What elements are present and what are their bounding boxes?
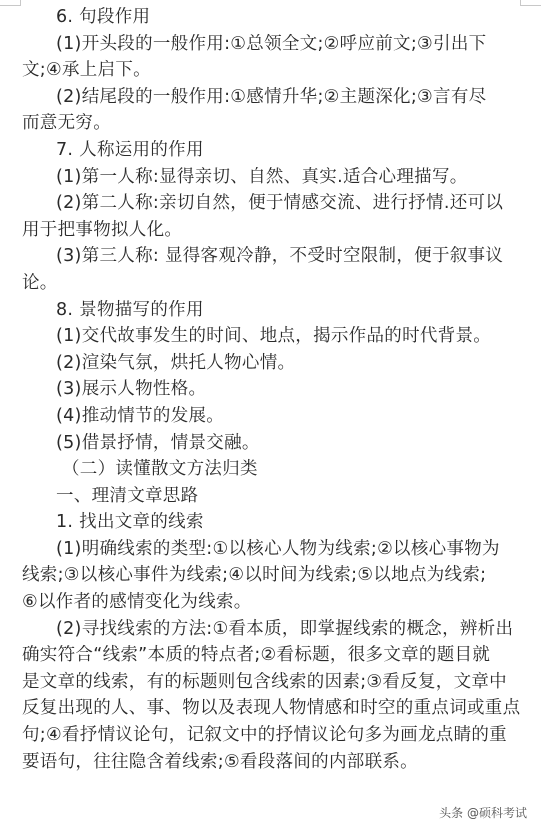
paragraph-line: (2)寻找线索的方法:①看本质，即掌握线索的概念，辨析出 <box>22 616 502 643</box>
paragraph-line: (1)第一人称:显得亲切、自然、真实.适合心理描写。 <box>22 164 502 191</box>
paragraph-line: (2)第二人称:亲切自然，便于情感交流、进行抒情.还可以 <box>22 190 502 217</box>
paragraph-line: 线索;③以核心事件为线索;④以时间为线索;⑤以地点为线索; <box>22 562 502 589</box>
list-item: (1)交代故事发生的时间、地点，揭示作品的时代背景。 <box>22 323 502 350</box>
document-body: 6. 句段作用 (1)开头段的一般作用:①总领全文;②呼应前文;③引出下 文;④… <box>22 4 502 775</box>
section-heading-6: 6. 句段作用 <box>22 4 502 31</box>
subheading: 一、理清文章思路 <box>22 483 502 510</box>
paragraph-line: (1)明确线索的类型:①以核心人物为线索;②以核心事物为 <box>22 536 502 563</box>
paragraph-line: 反复出现的人、事、物以及表现人物情感和时空的重点词或重点 <box>22 695 502 722</box>
section-heading-7: 7. 人称运用的作用 <box>22 137 502 164</box>
part-two-heading: （二）读懂散文方法归类 <box>22 456 502 483</box>
corner-crop-mark-right <box>520 0 541 6</box>
watermark: 头条 @硕科考试 <box>439 804 527 821</box>
paragraph-line: 是文章的线索，有的标题则包含线索的因素;③看反复，文章中 <box>22 669 502 696</box>
list-item: (5)借景抒情，情景交融。 <box>22 430 502 457</box>
point-heading: 1. 找出文章的线索 <box>22 509 502 536</box>
paragraph-line: 而意无穷。 <box>22 110 502 137</box>
list-item: (4)推动情节的发展。 <box>22 403 502 430</box>
section-heading-8: 8. 景物描写的作用 <box>22 297 502 324</box>
paragraph-line: 用于把事物拟人化。 <box>22 217 502 244</box>
paragraph-line: 论。 <box>22 270 502 297</box>
list-item: (2)渲染气氛，烘托人物心情。 <box>22 350 502 377</box>
paragraph-line: (2)结尾段的一般作用:①感情升华;②主题深化;③言有尽 <box>22 84 502 111</box>
paragraph-line: 确实符合“线索”本质的特点者;②看标题，很多文章的题目就 <box>22 642 502 669</box>
paragraph-line: 要语句，往往隐含着线索;⑤看段落间的内部联系。 <box>22 749 502 776</box>
list-item: (3)展示人物性格。 <box>22 376 502 403</box>
paragraph-line: (3)第三人称: 显得客观冷静，不受时空限制，便于叙事议 <box>22 243 502 270</box>
paragraph-line: ⑥以作者的感情变化为线索。 <box>22 589 502 616</box>
paragraph-line: 文;④承上启下。 <box>22 57 502 84</box>
corner-crop-mark-left <box>0 0 21 6</box>
paragraph-line: (1)开头段的一般作用:①总领全文;②呼应前文;③引出下 <box>22 31 502 58</box>
paragraph-line: 句;④看抒情议论句，记叙文中的抒情议论句多为画龙点睛的重 <box>22 722 502 749</box>
